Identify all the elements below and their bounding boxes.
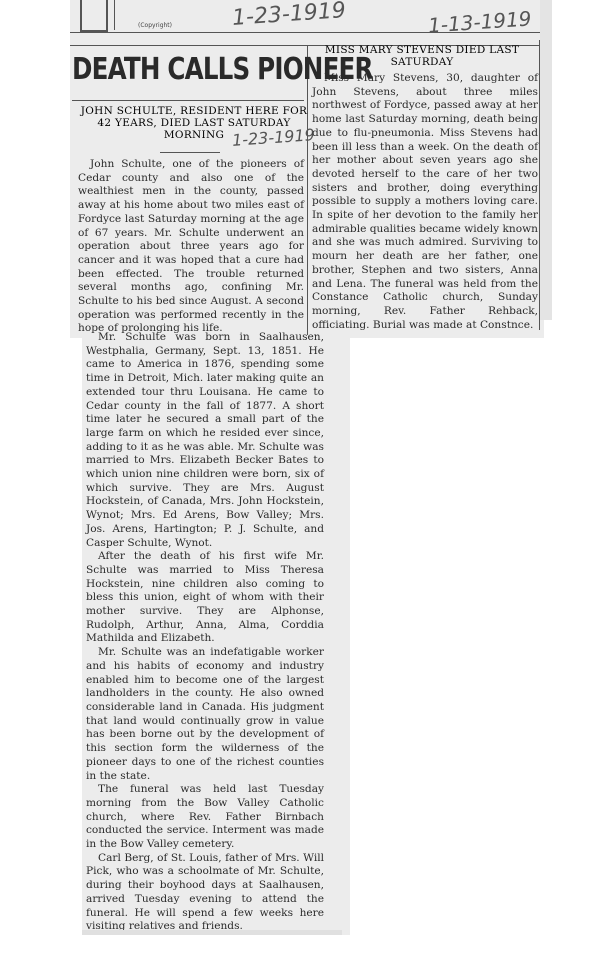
copyright-mark: (Copyright) [138, 22, 172, 29]
article-left-body-top: John Schulte, one of the pioneers of Ced… [78, 158, 304, 336]
paragraph: Mr. Schulte was an indefatigable worker … [86, 646, 324, 783]
masthead-frame-line [114, 0, 135, 30]
paragraph: Carl Berg, of St. Louis, father of Mrs. … [86, 852, 324, 934]
headline-right: MISS MARY STEVENS DIED LAST SATURDAY [312, 44, 532, 68]
paragraph: The funeral was held last Tuesday mornin… [86, 783, 324, 852]
headline-rule [72, 100, 304, 101]
article-right-body: Miss Mary Stevens, 30, daughter of John … [312, 72, 538, 332]
paragraph: Mr. Schulte was born in Saalhausen, West… [86, 331, 324, 550]
article-left-body-bottom: Mr. Schulte was born in Saalhausen, West… [86, 331, 324, 934]
subheadline-left: JOHN SCHULTE, RESIDENT HERE FOR 42 YEARS… [80, 105, 308, 141]
clipping-neighbor-edge [540, 0, 552, 320]
paragraph: After the death of his first wife Mr. Sc… [86, 550, 324, 646]
column-divider [307, 45, 308, 335]
right-border [539, 40, 540, 330]
clipping-bottom-edge [82, 930, 342, 935]
short-rule [160, 152, 220, 153]
paragraph: Miss Mary Stevens, 30, daughter of John … [312, 72, 538, 332]
paragraph: John Schulte, one of the pioneers of Ced… [78, 158, 304, 336]
masthead-frame [80, 0, 108, 32]
headline-left: DEATH CALLS PIONEER [72, 52, 262, 87]
